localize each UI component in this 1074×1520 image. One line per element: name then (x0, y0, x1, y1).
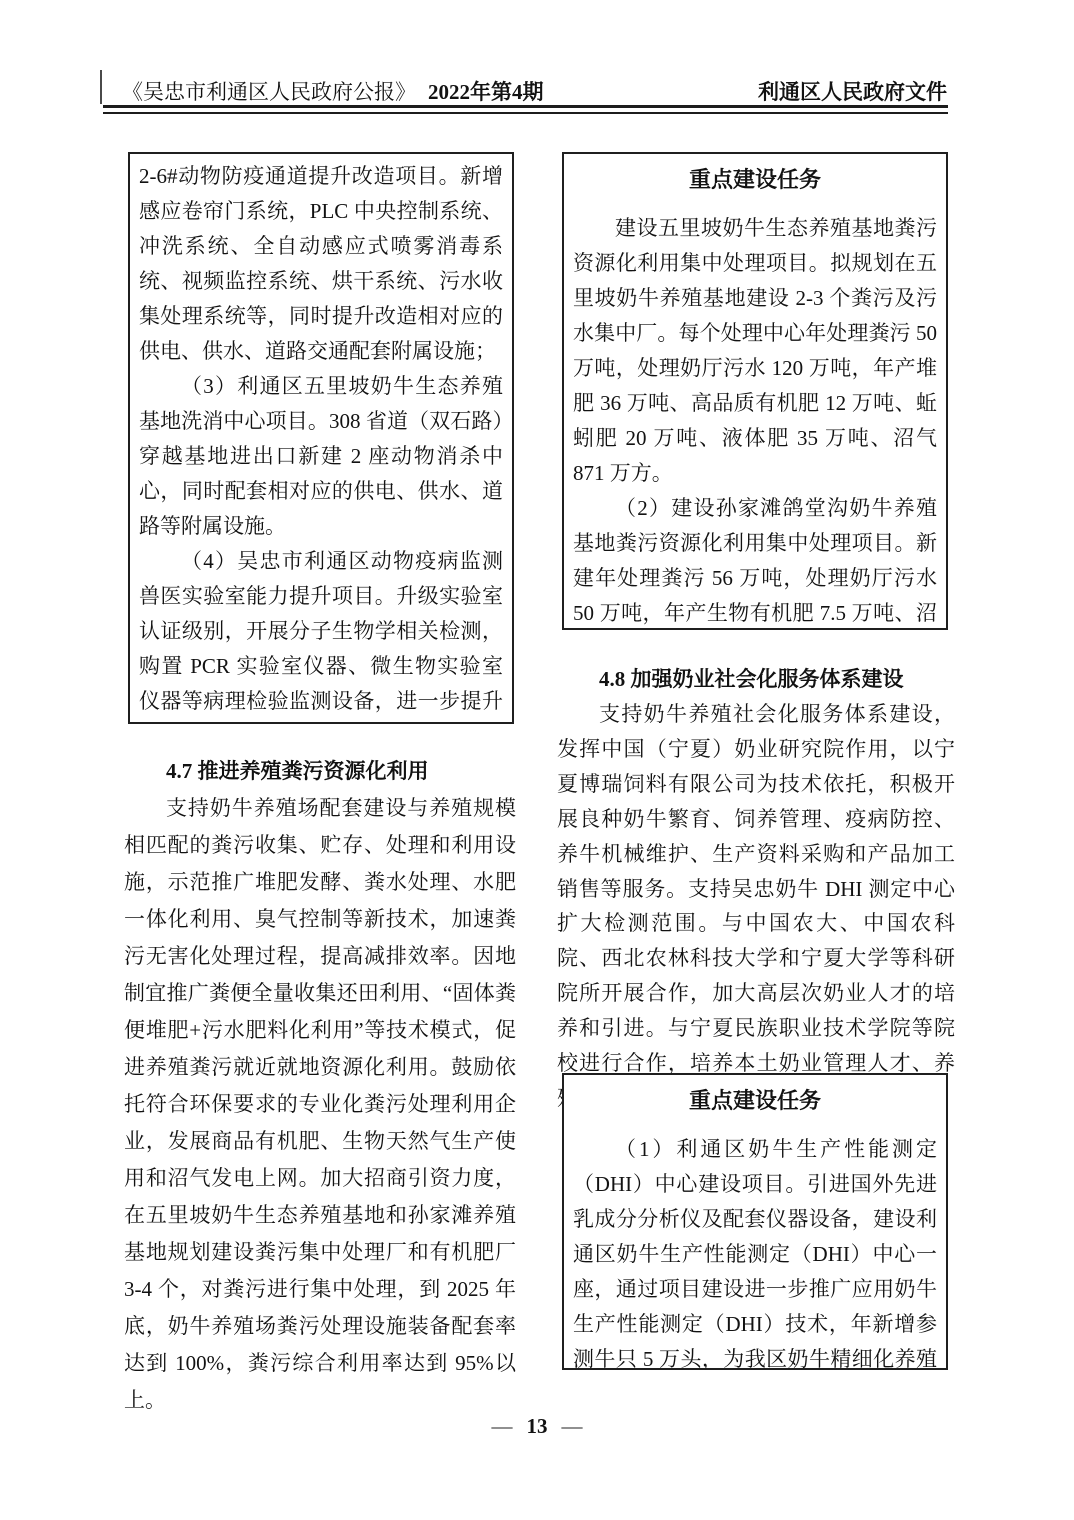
gazette-page: 《吴忠市利通区人民政府公报》2022年第4期 利通区人民政府文件 2-6#动物防… (0, 0, 1074, 1520)
header-double-rule (103, 105, 948, 114)
key-tasks-box-2: 重点建设任务 （1）利通区奶牛生产性能测定（DHI）中心建设项目。引进国外先进乳… (562, 1073, 948, 1370)
section-4-8: 4.8 加强奶业社会化服务体系建设 支持奶牛养殖社会化服务体系建设，发挥中国（宁… (557, 662, 955, 1116)
page-footer: —13— (0, 1414, 1074, 1439)
page-number: 13 (527, 1414, 548, 1438)
section-4-7: 4.7 推进养殖粪污资源化利用 支持奶牛养殖场配套建设与养殖规模相匹配的粪污收集… (124, 753, 516, 1419)
header-right-label: 利通区人民政府文件 (758, 76, 947, 106)
box-title: 重点建设任务 (573, 1082, 937, 1120)
footer-dash-left: — (492, 1414, 513, 1438)
scan-edge-artifact (100, 70, 102, 104)
paragraph: 建设五里坡奶牛生态养殖基地粪污资源化利用集中处理项目。拟规划在五里坡奶牛养殖基地… (573, 211, 937, 491)
section-heading: 4.8 加强奶业社会化服务体系建设 (557, 662, 955, 697)
paragraph: （2）建设孙家滩鸽堂沟奶牛养殖基地粪污资源化利用集中处理项目。新建年处理粪污 5… (573, 491, 937, 630)
box-title: 重点建设任务 (573, 161, 937, 199)
paragraph: 支持奶牛养殖场配套建设与养殖规模相匹配的粪污收集、贮存、处理和利用设施，示范推广… (124, 790, 516, 1419)
paragraph: 支持奶牛养殖社会化服务体系建设，发挥中国（宁夏）奶业研究院作用，以宁夏博瑞饲料有… (557, 697, 955, 1116)
gazette-issue: 2022年第4期 (428, 80, 544, 104)
key-tasks-box-continued: 2-6#动物防疫通道提升改造项目。新增感应卷帘门系统，PLC 中央控制系统、冲洗… (128, 152, 514, 724)
paragraph: （4）吴忠市利通区动物疫病监测兽医实验室能力提升项目。升级实验室认证级别，开展分… (139, 544, 503, 724)
header-left: 《吴忠市利通区人民政府公报》2022年第4期 (122, 76, 544, 106)
paragraph: （1）利通区奶牛生产性能测定（DHI）中心建设项目。引进国外先进乳成分分析仪及配… (573, 1132, 937, 1370)
section-heading: 4.7 推进养殖粪污资源化利用 (124, 753, 516, 790)
paragraph: 2-6#动物防疫通道提升改造项目。新增感应卷帘门系统，PLC 中央控制系统、冲洗… (139, 159, 503, 369)
paragraph: （3）利通区五里坡奶牛生态养殖基地洗消中心项目。308 省道（双石路）穿越基地进… (139, 369, 503, 544)
footer-dash-right: — (562, 1414, 583, 1438)
key-tasks-box-1: 重点建设任务 建设五里坡奶牛生态养殖基地粪污资源化利用集中处理项目。拟规划在五里… (562, 152, 948, 630)
gazette-title: 《吴忠市利通区人民政府公报》 (122, 80, 416, 104)
